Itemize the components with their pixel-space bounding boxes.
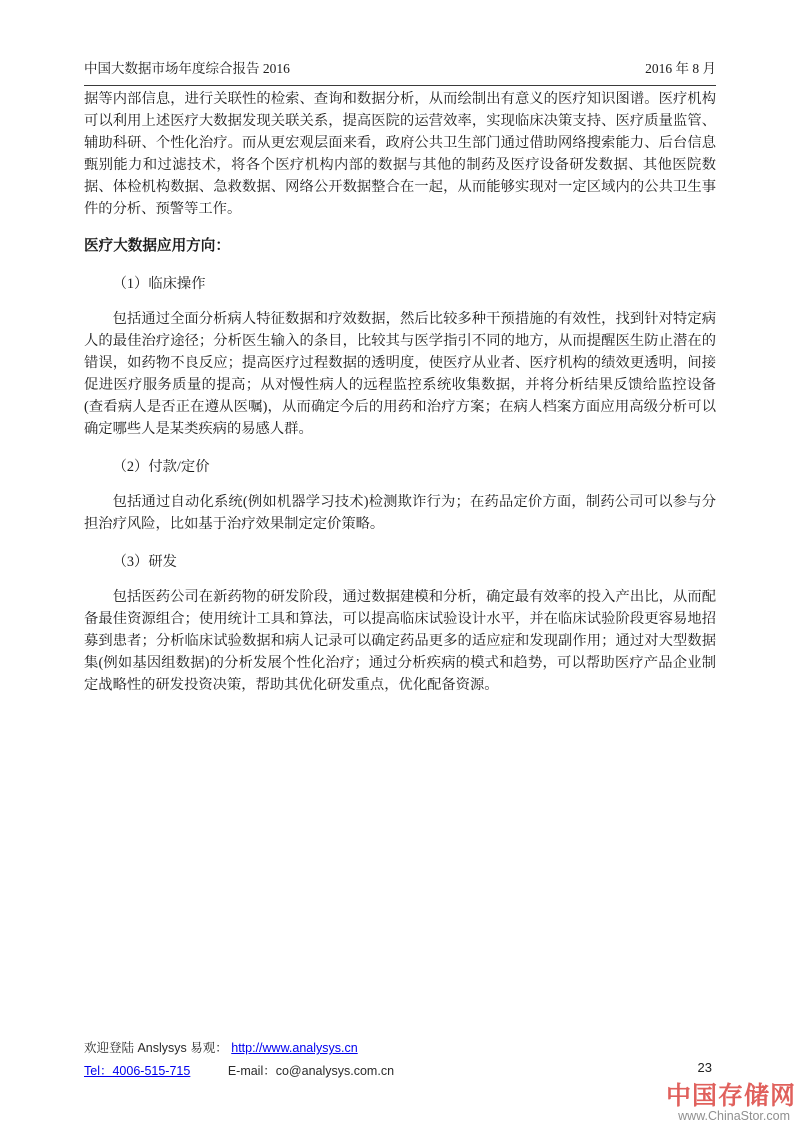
section-heading-clinical: （1）临床操作 xyxy=(84,273,716,295)
section-paragraph-clinical: 包括通过全面分析病人特征数据和疗效数据，然后比较多种干预措施的有效性，找到针对特… xyxy=(84,308,716,440)
watermark: 中国存储网 www.ChinaStor.com xyxy=(666,1083,796,1123)
section-heading-rnd: （3）研发 xyxy=(84,551,716,573)
header-divider xyxy=(84,85,716,86)
footer-welcome-text: 欢迎登陆 Anslysys 易观： xyxy=(84,1041,228,1055)
applications-heading: 医疗大数据应用方向： xyxy=(84,235,716,257)
section-heading-payment-pricing: （2）付款/定价 xyxy=(84,456,716,478)
document-body: 据等内部信息，进行关联性的检索、查询和数据分析，从而绘制出有意义的医疗知识图谱。… xyxy=(84,88,716,696)
section-paragraph-rnd: 包括医药公司在新药物的研发阶段，通过数据建模和分析，确定最有效率的投入产出比，从… xyxy=(84,586,716,696)
intro-paragraph: 据等内部信息，进行关联性的检索、查询和数据分析，从而绘制出有意义的医疗知识图谱。… xyxy=(84,88,716,220)
page-number: 23 xyxy=(698,1060,712,1075)
report-date: 2016 年 8 月 xyxy=(645,60,716,77)
section-paragraph-payment-pricing: 包括通过自动化系统(例如机器学习技术)检测欺诈行为；在药品定价方面，制药公司可以… xyxy=(84,491,716,535)
footer-tel-link[interactable]: Tel：4006-515-715 xyxy=(84,1064,190,1078)
watermark-logo-text: 中国存储网 xyxy=(666,1083,796,1109)
page-footer: 欢迎登陆 Anslysys 易观： http://www.analysys.cn… xyxy=(84,1040,394,1086)
page-header: 中国大数据市场年度综合报告 2016 2016 年 8 月 xyxy=(84,60,716,86)
footer-email-text: E-mail：co@analysys.com.cn xyxy=(228,1064,394,1078)
watermark-url-text: www.ChinaStor.com xyxy=(666,1109,796,1123)
footer-website-link[interactable]: http://www.analysys.cn xyxy=(231,1041,357,1055)
report-title: 中国大数据市场年度综合报告 2016 xyxy=(84,60,290,77)
report-page: 中国大数据市场年度综合报告 2016 2016 年 8 月 据等内部信息，进行关… xyxy=(0,0,800,1131)
